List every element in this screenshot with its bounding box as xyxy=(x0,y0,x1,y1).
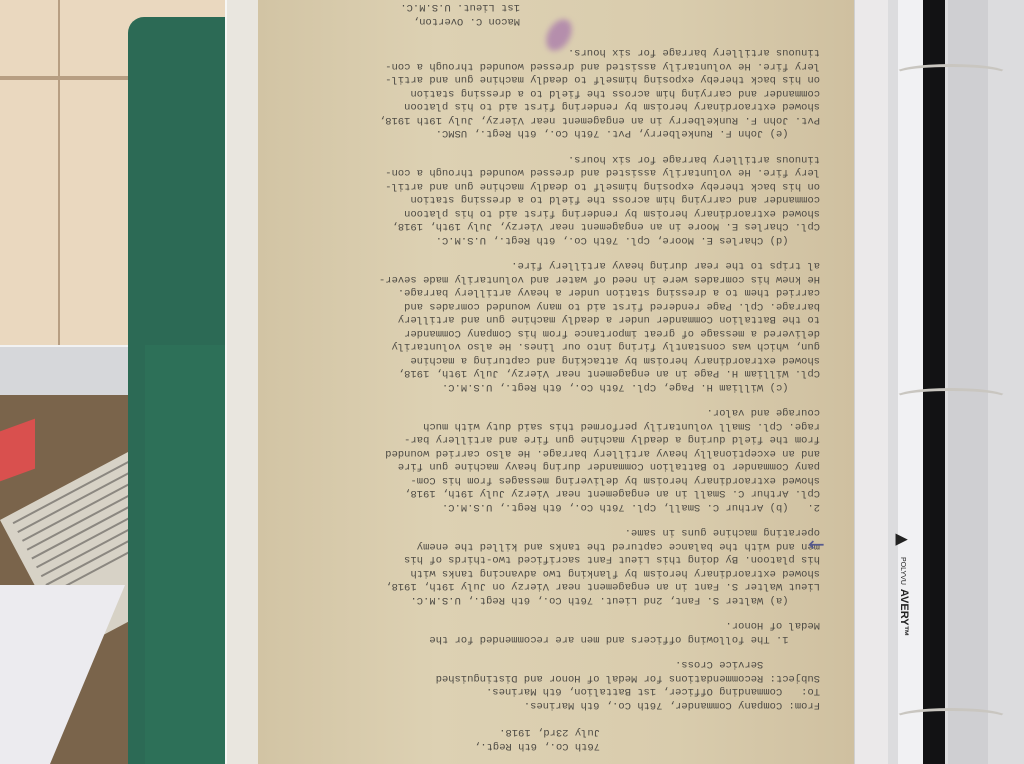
avery-logo: ▲ POLYVUAVERY™ xyxy=(892,535,914,615)
sheet-protector-right xyxy=(854,0,889,764)
to-line: To: Commanding Officer, 1st Battalion, 6… xyxy=(280,684,820,698)
product-name: POLYVU xyxy=(899,557,906,585)
intro-paragraph: 1. The following officers and men are re… xyxy=(280,618,820,645)
avery-triangle-icon: ▲ xyxy=(894,534,913,556)
header-unit: 76th Co., 6th Regt., xyxy=(280,739,600,753)
binder-edge xyxy=(948,0,988,764)
subject-line-cont: Service Cross. xyxy=(280,657,820,671)
document-body: 76th Co., 6th Regt., July 23rd, 1918. Fr… xyxy=(280,0,820,752)
signature-block: Macon C. Overton, 1st Lieut. U.S.M.C. Co… xyxy=(280,0,520,27)
signature-rank: 1st Lieut. U.S.M.C. xyxy=(280,0,520,14)
binder-cover-lower xyxy=(145,345,237,764)
brand-name: AVERY xyxy=(898,589,910,626)
subject-line: Subject: Recommendations for Medal of Ho… xyxy=(280,671,820,685)
recommendation-entry: (d) Charles E. Moore, Cpl. 76th Co., 6th… xyxy=(280,152,820,247)
document-header: 76th Co., 6th Regt., July 23rd, 1918. xyxy=(280,725,600,752)
binder-ring-rail xyxy=(923,0,945,764)
signature-name: Macon C. Overton, xyxy=(280,14,520,28)
memo-routing: From: Company Commander, 76th Co., 6th M… xyxy=(280,657,820,711)
binder-ring-top[interactable] xyxy=(893,64,1009,84)
recommendations-list: (a) Walter S. Fant, 2nd Lieut. 76th Co.,… xyxy=(280,45,820,606)
sheet-protector-edge xyxy=(225,0,262,764)
document-rotated: 76th Co., 6th Regt., July 23rd, 1918. Fr… xyxy=(258,0,854,764)
from-line: From: Company Commander, 76th Co., 6th M… xyxy=(280,698,820,712)
recommendation-entry: 2. (b) Arthur C. Small, Cpl. 76th Co., 6… xyxy=(280,405,820,513)
document-page: 76th Co., 6th Regt., July 23rd, 1918. Fr… xyxy=(258,0,854,764)
recommendation-entry: (c) William H. Page, Cpl. 76th Co., 6th … xyxy=(280,258,820,393)
binder-ring-bottom[interactable] xyxy=(893,708,1009,728)
recommendation-entry: (a) Walter S. Fant, 2nd Lieut. 76th Co.,… xyxy=(280,525,820,606)
header-date: July 23rd, 1918. xyxy=(280,725,600,739)
margin-arrow-annotation: ← xyxy=(808,532,825,556)
table-edge xyxy=(0,345,140,397)
recommendation-entry: (e) John F. Runkelberry, Pvt. 76th Co., … xyxy=(280,45,820,140)
binder-ring-middle[interactable] xyxy=(893,388,1009,408)
